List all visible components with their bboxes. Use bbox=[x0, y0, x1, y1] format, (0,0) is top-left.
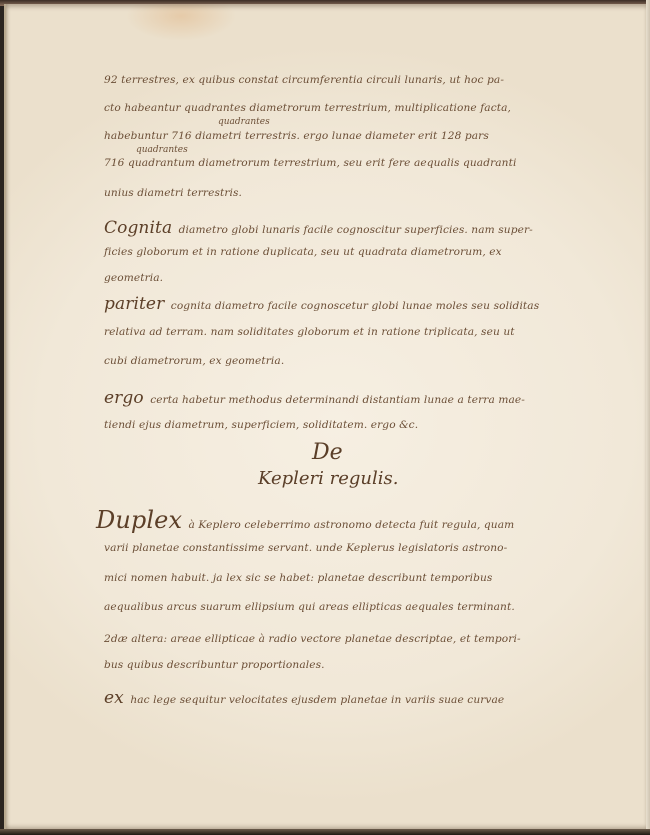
text-line: unius diametri terrestris. bbox=[104, 187, 242, 199]
text-line: geometria. bbox=[104, 272, 163, 284]
text-line: cubi diametrorum, ex geometria. bbox=[104, 355, 284, 367]
text-span: cognita diametro facile cognoscetur glob… bbox=[171, 300, 539, 312]
section-heading-prefix: De bbox=[312, 440, 343, 465]
text-line: ficies globorum et in ratione duplicata,… bbox=[104, 246, 502, 258]
interlinear-insertion: quadrantes bbox=[218, 117, 270, 127]
paragraph-initial: ex bbox=[104, 688, 124, 708]
text-line: cto habeantur quadrantes diametrorum ter… bbox=[104, 102, 511, 114]
section-heading-title: Kepleri regulis. bbox=[258, 468, 398, 489]
text-span: à Keplero celeberrimo astronomo detecta … bbox=[189, 519, 515, 531]
interlinear-insertion: quadrantes bbox=[136, 145, 188, 155]
text-line: tiendi ejus diametrum, superficiem, soli… bbox=[104, 419, 418, 431]
paragraph-first-line: Duplex à Keplero celeberrimo astronomo d… bbox=[96, 506, 514, 534]
text-span: diametro globi lunaris facile cognoscitu… bbox=[179, 224, 533, 236]
page-right-edge bbox=[646, 0, 650, 835]
text-span: certa habetur methodus determinandi dist… bbox=[150, 394, 525, 406]
paragraph-initial: pariter bbox=[104, 294, 164, 314]
paragraph-first-line: pariter cognita diametro facile cognosce… bbox=[104, 294, 539, 314]
paragraph-initial: ergo bbox=[104, 388, 144, 408]
paragraph-initial: Cognita bbox=[104, 218, 172, 238]
text-line: 92 terrestres, ex quibus constat circumf… bbox=[104, 74, 504, 86]
text-span: hac lege sequitur velocitates ejusdem pl… bbox=[130, 694, 504, 706]
paragraph-first-line: ergo certa habetur methodus determinandi… bbox=[104, 388, 525, 408]
text-line: 716 quadrantum diametrorum terrestrium, … bbox=[104, 157, 516, 169]
paragraph-initial: Duplex bbox=[96, 506, 182, 534]
text-line: relativa ad terram. nam soliditates glob… bbox=[104, 326, 515, 338]
text-line: mici nomen habuit. ja lex sic se habet: … bbox=[104, 572, 492, 584]
text-line: 2dæ altera: areae ellipticae à radio vec… bbox=[104, 633, 521, 645]
text-line: aequalibus arcus suarum ellipsium qui ar… bbox=[104, 601, 515, 613]
text-line: habebuntur 716 diametri terrestris. ergo… bbox=[104, 130, 489, 142]
text-line: bus quibus describuntur proportionales. bbox=[104, 659, 325, 671]
paragraph-first-line: Cognita diametro globi lunaris facile co… bbox=[104, 218, 533, 238]
text-line: varii planetae constantissime servant. u… bbox=[104, 542, 507, 554]
scan-bottom-edge bbox=[0, 829, 650, 835]
paragraph-first-line: ex hac lege sequitur velocitates ejusdem… bbox=[104, 688, 504, 708]
